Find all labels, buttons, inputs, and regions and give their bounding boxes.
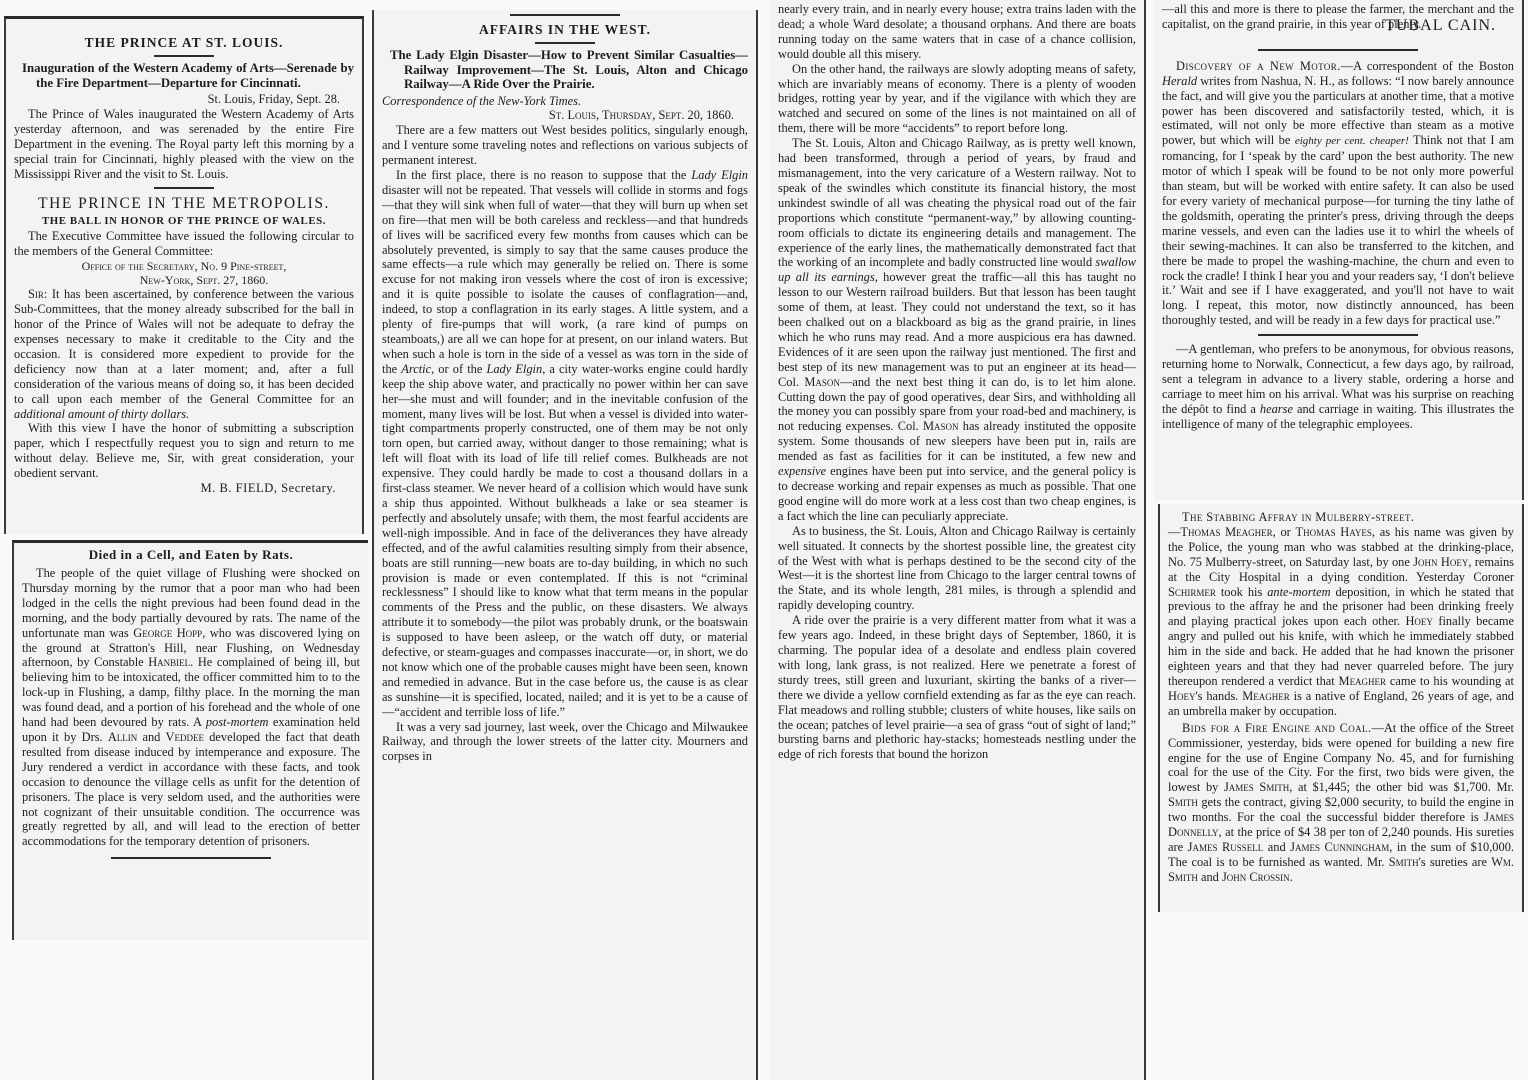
divider	[1258, 49, 1418, 51]
clipping-prince: THE PRINCE AT ST. LOUIS. Inauguration of…	[4, 16, 364, 534]
person-name: Allin	[108, 730, 137, 744]
paragraph-1: There are a few matters out West besides…	[382, 123, 748, 168]
person-name: Hanbiel	[148, 655, 190, 669]
article-stabbing: The Stabbing Affray in Mulberry-street.—…	[1168, 510, 1514, 719]
clipping-stabbing-bids: The Stabbing Affray in Mulberry-street.—…	[1158, 504, 1524, 912]
headline-prince-metropolis: THE PRINCE IN THE METROPOLIS.	[14, 195, 354, 213]
paragraph-business: As to business, the St. Louis, Alton and…	[778, 524, 1136, 613]
dateline: St. Louis, Friday, Sept. 28.	[14, 92, 354, 107]
person-name: Mason	[804, 375, 840, 389]
person-name: Veddee	[166, 730, 204, 744]
subtitle-ball: THE BALL IN HONOR OF THE PRINCE OF WALES…	[14, 215, 354, 227]
correspondence-line: Correspondence of the New-York Times.	[382, 94, 748, 109]
paragraph-alton-railway: The St. Louis, Alton and Chicago Railway…	[778, 136, 1136, 524]
top-rule	[510, 14, 620, 16]
salutation: Sir:	[28, 287, 47, 301]
paragraph-prairie: A ride over the prairie is a very differ…	[778, 613, 1136, 762]
circular-body-2: With this view I have the honor of submi…	[14, 421, 354, 481]
paragraph-continued: nearly every train, and in nearly every …	[778, 2, 1136, 62]
headline-prince-st-louis: THE PRINCE AT ST. LOUIS.	[14, 35, 354, 51]
clipping-affairs-west-continued: nearly every train, and in nearly every …	[770, 0, 1146, 1080]
article-body: The Prince of Wales inaugurated the West…	[14, 107, 354, 182]
divider	[1258, 334, 1418, 336]
clipping-affairs-west: AFFAIRS IN THE WEST. The Lady Elgin Disa…	[372, 10, 758, 1080]
person-name: Mason	[923, 419, 959, 433]
divider	[154, 55, 214, 57]
runin-headline: Discovery of a New Motor.	[1176, 59, 1341, 73]
circular-body: Sir: It has been ascertained, by confere…	[14, 287, 354, 421]
headline-affairs-west: AFFAIRS IN THE WEST.	[382, 22, 748, 38]
subhead-affairs-west: The Lady Elgin Disaster—How to Prevent S…	[382, 48, 748, 92]
headline-died-in-cell: Died in a Cell, and Eaten by Rats.	[22, 547, 360, 563]
divider	[154, 187, 214, 189]
paragraph-railway-safety: On the other hand, the railways are slow…	[778, 62, 1136, 137]
runin-headline: Bids for a Fire Engine and Coal.	[1182, 721, 1371, 735]
divider	[111, 857, 271, 859]
paragraph-2: In the first place, there is no reason t…	[382, 168, 748, 720]
clipping-motor: —all this and more is there to please th…	[1154, 0, 1524, 500]
article-gentleman: —A gentleman, who prefers to be anonymou…	[1162, 342, 1514, 431]
address-line-1: Office of the Secretary, No. 9 Pine-stre…	[14, 259, 354, 273]
dateline: St. Louis, Thursday, Sept. 20, 1860.	[382, 108, 748, 123]
divider	[535, 42, 595, 44]
article-intro: The Executive Committee have issued the …	[14, 229, 354, 259]
clipping-died-in-cell: Died in a Cell, and Eaten by Rats. The p…	[12, 540, 368, 940]
signature: M. B. FIELD, Secretary.	[14, 481, 354, 496]
article-body: The people of the quiet village of Flush…	[22, 566, 360, 849]
subhead-prince-st-louis: Inauguration of the Western Academy of A…	[14, 61, 354, 90]
article-new-motor: Discovery of a New Motor.—A corresponden…	[1162, 59, 1514, 328]
person-name: George Hopp	[133, 626, 202, 640]
runin-headline: The Stabbing Affray in Mulberry-street.	[1182, 510, 1414, 524]
address-line-2: New-York, Sept. 27, 1860.	[14, 273, 354, 287]
paragraph-3: It was a very sad journey, last week, ov…	[382, 720, 748, 765]
article-bids: Bids for a Fire Engine and Coal.—At the …	[1168, 721, 1514, 885]
